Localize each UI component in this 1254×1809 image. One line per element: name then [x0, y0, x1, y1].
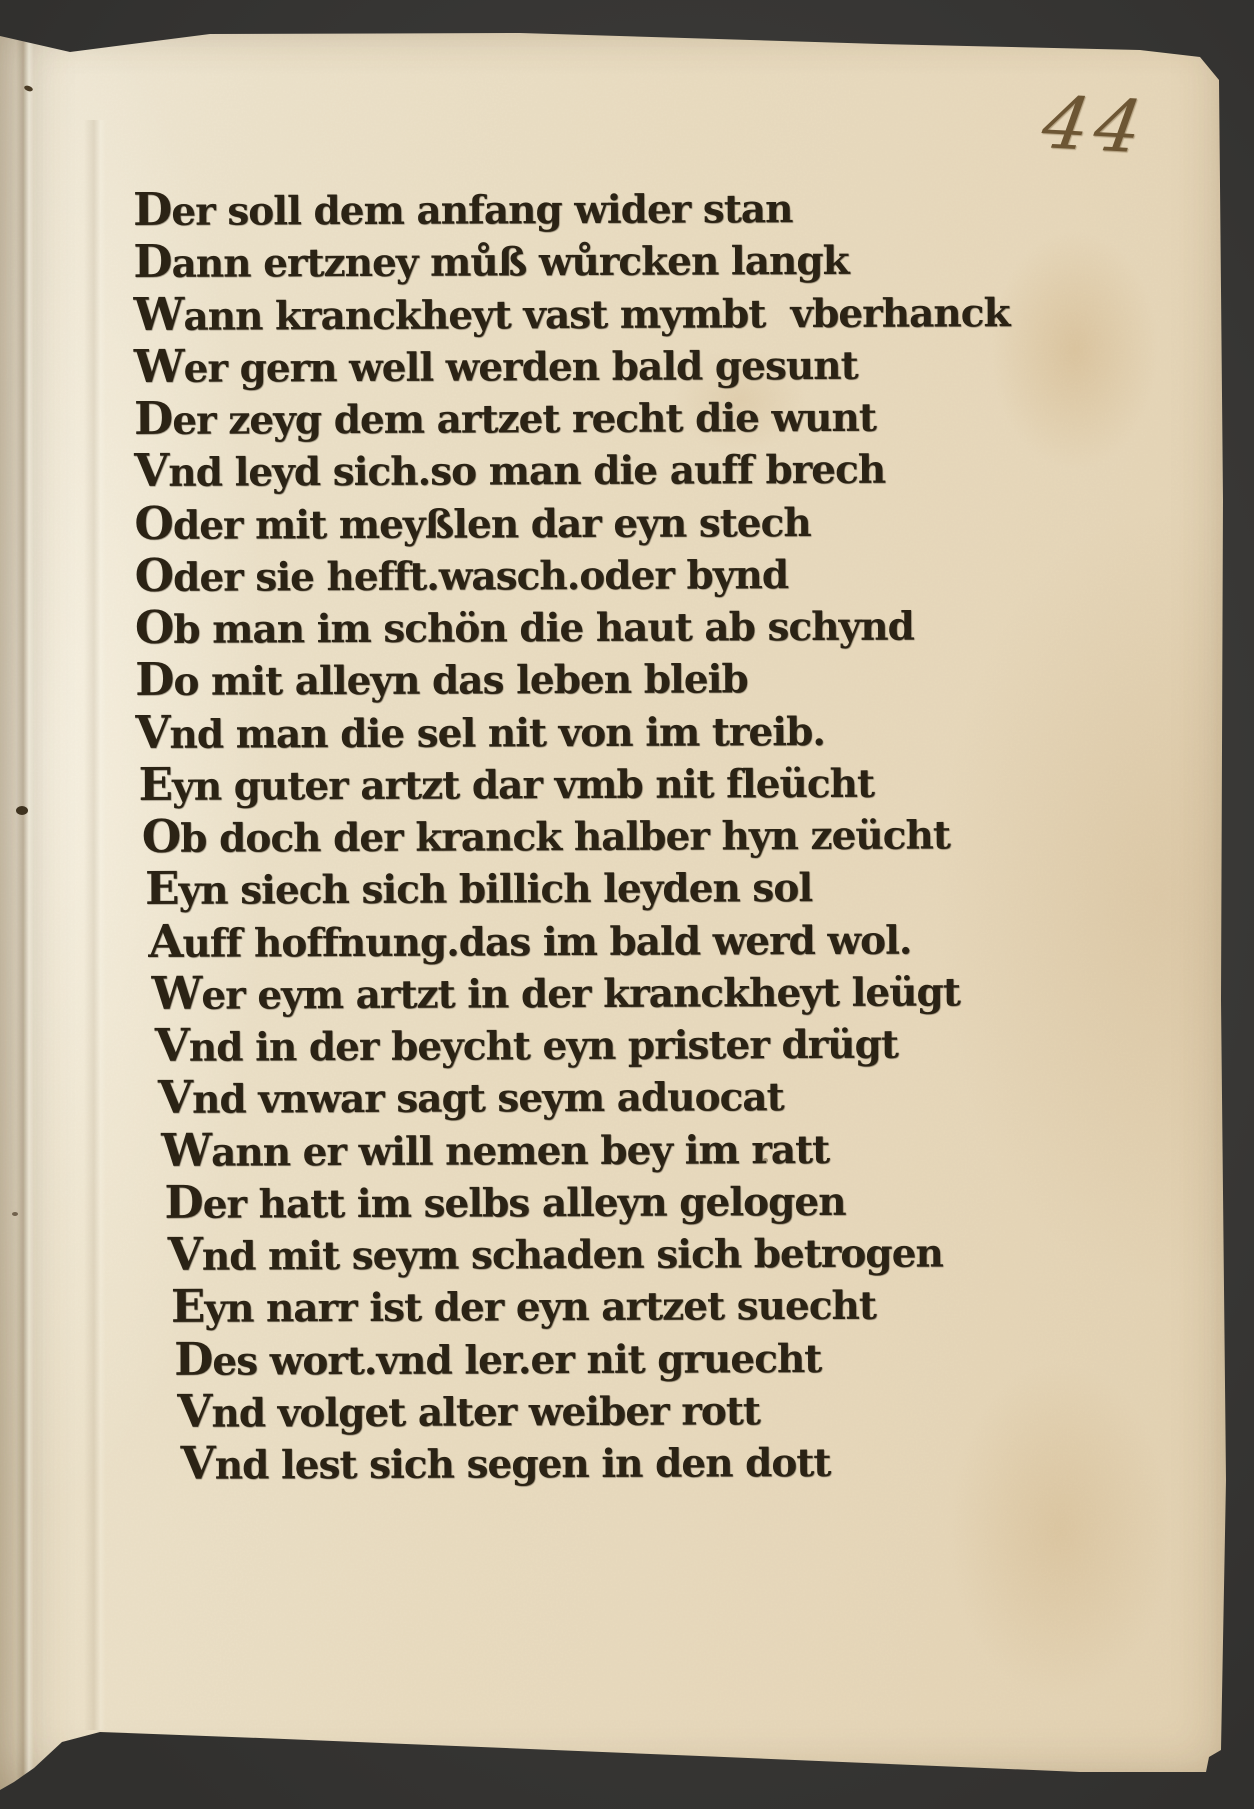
poem-line: Eyn guter artzt dar vmb nit fleücht [136, 757, 1012, 813]
poem-line: Vnd man die sel nit von im treib. [135, 705, 1011, 761]
paper-speck [23, 85, 33, 93]
poem-line: Wann er will nemen bey im ratt [137, 1123, 1013, 1179]
poem-line: Des wort.vnd ler.er nit gruecht [138, 1332, 1014, 1388]
poem-line: Oder sie hefft.wasch.oder bynd [135, 548, 1011, 604]
poem-line: Der zeyg dem artzet recht die wunt [134, 391, 1010, 447]
poem-line: Wann kranckheyt vast mymbt vberhanck [133, 287, 1009, 343]
poem-line: Vnd vnwar sagt seym aduocat [137, 1070, 1013, 1126]
poem-line: Eyn siech sich billich leyden sol [136, 861, 1012, 917]
gutter-crease [16, 38, 34, 1778]
poem-line: Eyn narr ist der eyn artzet suecht [138, 1279, 1014, 1335]
sewing-hole [16, 806, 28, 815]
book-page: 44 Der soll dem anfang wider stanDann er… [0, 0, 1254, 1809]
poem-line: Ob man im schön die haut ab schynd [135, 600, 1011, 656]
poem-line: Der soll dem anfang wider stan [133, 182, 1009, 238]
poem-line: Ob doch der kranck halber hyn zeücht [136, 809, 1012, 865]
poem-line: Auff hoffnung.das im bald werd wol. [136, 914, 1012, 970]
poem-line: Vnd in der beycht eyn prister drügt [137, 1018, 1013, 1074]
poem-line: Dann ertzney můß wůrcken langk [133, 234, 1009, 290]
poem-line: Wer gern well werden bald gesunt [134, 339, 1010, 395]
paper-speck [12, 1212, 18, 1216]
poem-line: Der hatt im selbs alleyn gelogen [137, 1175, 1013, 1231]
handwritten-page-number: 44 [1034, 80, 1200, 187]
poem-line: Vnd volget alter weiber rott [138, 1384, 1014, 1440]
poem-line: Oder mit meyßlen dar eyn stech [134, 496, 1010, 552]
poem-line: Vnd lest sich segen in den dott [138, 1436, 1014, 1492]
poem-line: Do mit alleyn das leben bleib [135, 652, 1011, 708]
poem-line: Vnd leyd sich.so man die auff brech [134, 443, 1010, 499]
poem-line: Vnd mit seym schaden sich betrogen [138, 1227, 1014, 1283]
poem-line: Wer eym artzt in der kranckheyt leügt [136, 966, 1012, 1022]
inner-crease [84, 120, 106, 1730]
photo-background: 44 Der soll dem anfang wider stanDann er… [0, 0, 1254, 1809]
poem-text-block: Der soll dem anfang wider stanDann ertzn… [133, 182, 1015, 1492]
